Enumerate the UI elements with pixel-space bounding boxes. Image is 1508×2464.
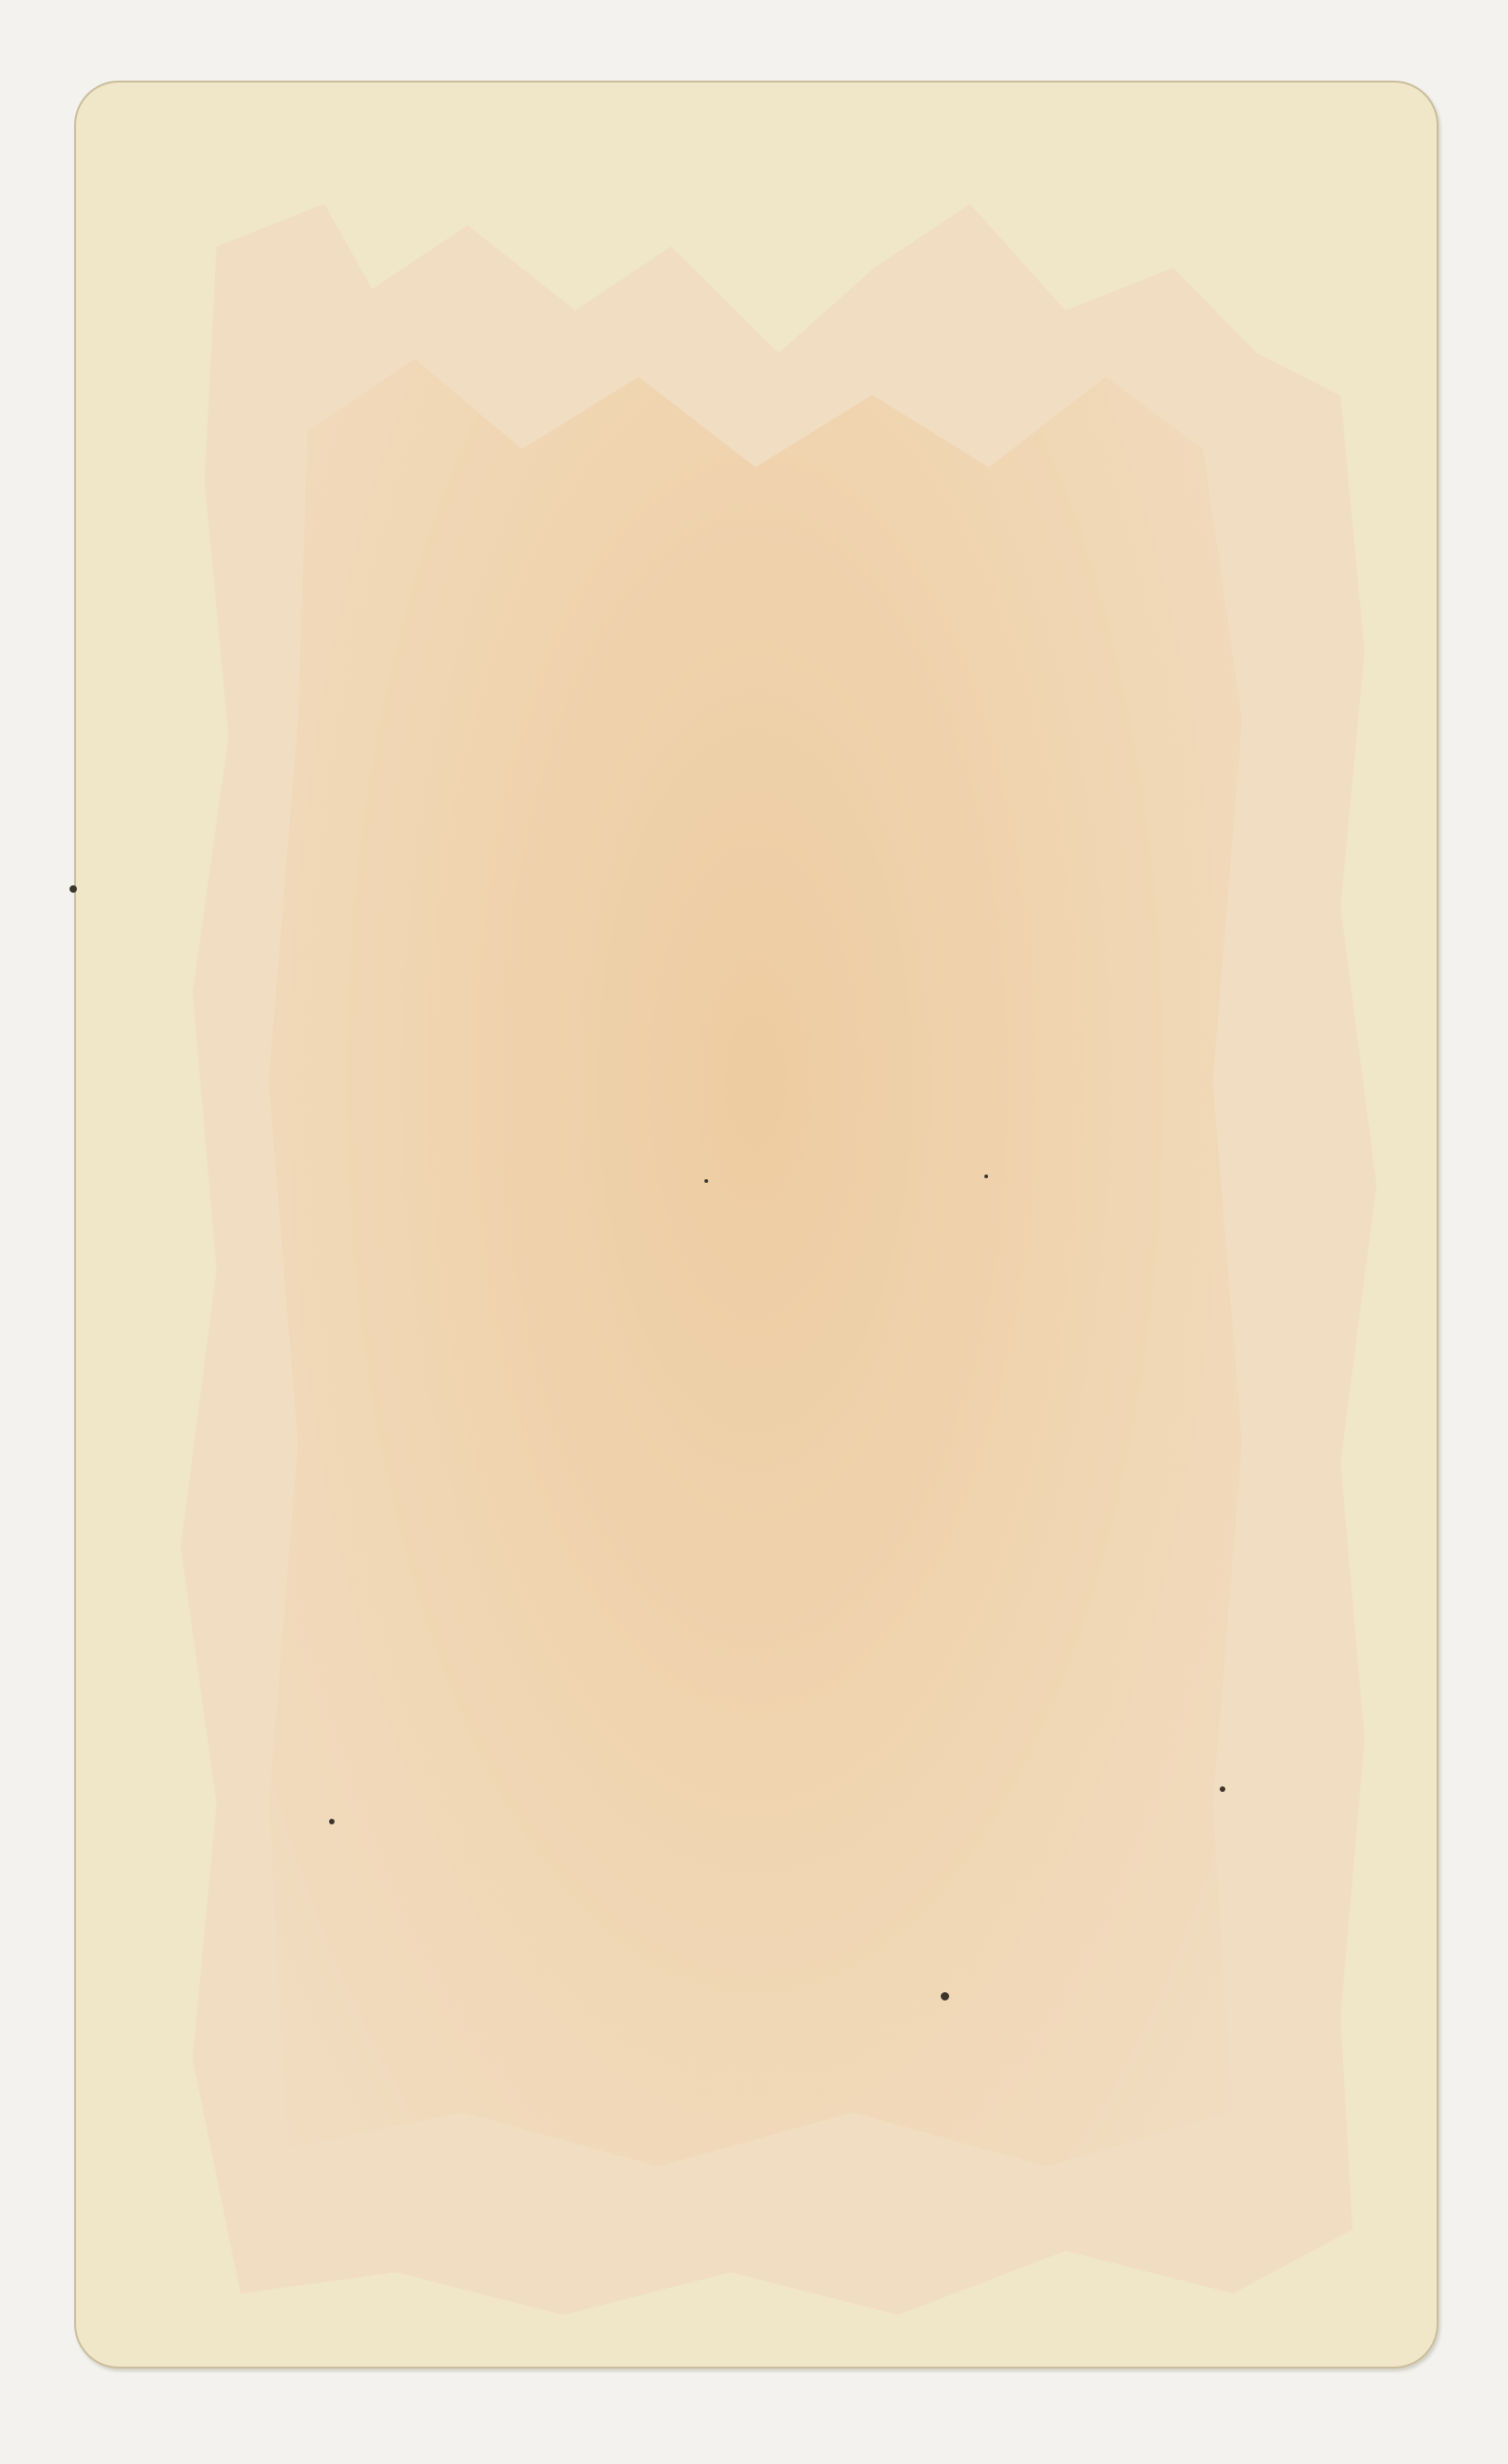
age-stain bbox=[269, 359, 1242, 2166]
dust-speck bbox=[70, 885, 77, 893]
dust-speck bbox=[1220, 1786, 1225, 1792]
dust-speck bbox=[704, 1179, 708, 1183]
dust-speck bbox=[984, 1175, 988, 1178]
dust-speck bbox=[941, 1992, 949, 2000]
dust-speck bbox=[329, 1819, 335, 1824]
antique-card-back bbox=[74, 81, 1438, 2369]
